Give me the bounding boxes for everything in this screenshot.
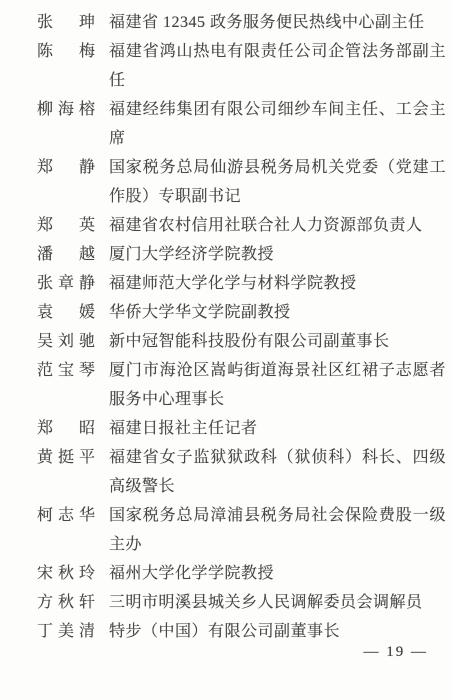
person-name: 郑 英 [37,211,103,240]
person-name: 宋秋玲 [37,559,103,588]
list-item: 郑 静 国家税务总局仙游县税务局机关党委（党建工作股）专职副书记 [0,153,452,211]
person-position: 福建经纬集团有限公司细纱车间主任、工会主席 [109,95,446,153]
person-position: 国家税务总局漳浦县税务局社会保险费股一级主办 [109,501,446,559]
person-name: 袁 媛 [37,298,103,327]
list-item: 范宝琴 厦门市海沧区嵩屿街道海景社区红裙子志愿者服务中心理事长 [0,356,452,414]
list-item: 潘 越 厦门大学经济学院教授 [0,240,452,269]
list-item: 柯志华 国家税务总局漳浦县税务局社会保险费股一级主办 [0,501,452,559]
document-page: 张 珅 福建省 12345 政务服务便民热线中心副主任 陈 梅 福建省鸿山热电有… [0,0,452,700]
person-position: 福建省鸿山热电有限责任公司企管法务部副主任 [109,37,446,95]
person-name: 黄挺平 [37,443,103,472]
person-position: 特步（中国）有限公司副董事长 [109,617,446,646]
list-item: 宋秋玲 福州大学化学学院教授 [0,559,452,588]
list-item: 吴刘驰 新中冠智能科技股份有限公司副董事长 [0,327,452,356]
list-item: 郑 英 福建省农村信用社联合社人力资源部负责人 [0,211,452,240]
list-item: 张 珅 福建省 12345 政务服务便民热线中心副主任 [0,8,452,37]
list-item: 袁 媛 华侨大学华文学院副教授 [0,298,452,327]
person-name: 郑 静 [37,153,103,182]
honor-roll-list: 张 珅 福建省 12345 政务服务便民热线中心副主任 陈 梅 福建省鸿山热电有… [0,8,452,646]
person-position: 厦门市海沧区嵩屿街道海景社区红裙子志愿者服务中心理事长 [109,356,446,414]
person-name: 张章静 [37,269,103,298]
list-item: 黄挺平 福建省女子监狱狱政科（狱侦科）科长、四级高级警长 [0,443,452,501]
person-name: 陈 梅 [37,37,103,66]
list-item: 张章静 福建师范大学化学与材料学院教授 [0,269,452,298]
person-name: 丁美清 [37,617,103,646]
person-name: 郑 昭 [37,414,103,443]
person-name: 吴刘驰 [37,327,103,356]
person-position: 福建省农村信用社联合社人力资源部负责人 [109,211,446,240]
person-position: 新中冠智能科技股份有限公司副董事长 [109,327,446,356]
person-position: 厦门大学经济学院教授 [109,240,446,269]
page-number: — 19 — [364,643,429,662]
person-position: 福建师范大学化学与材料学院教授 [109,269,446,298]
person-name: 范宝琴 [37,356,103,385]
list-item: 方秋轩 三明市明溪县城关乡人民调解委员会调解员 [0,588,452,617]
person-position: 福建省女子监狱狱政科（狱侦科）科长、四级高级警长 [109,443,446,501]
person-name: 潘 越 [37,240,103,269]
person-position: 福州大学化学学院教授 [109,559,446,588]
person-position: 三明市明溪县城关乡人民调解委员会调解员 [109,588,446,617]
list-item: 丁美清 特步（中国）有限公司副董事长 [0,617,452,646]
list-item: 柳海榕 福建经纬集团有限公司细纱车间主任、工会主席 [0,95,452,153]
person-name: 方秋轩 [37,588,103,617]
list-item: 陈 梅 福建省鸿山热电有限责任公司企管法务部副主任 [0,37,452,95]
person-name: 柯志华 [37,501,103,530]
person-position: 国家税务总局仙游县税务局机关党委（党建工作股）专职副书记 [109,153,446,211]
person-position: 福建日报社主任记者 [109,414,446,443]
person-name: 张 珅 [37,8,103,37]
person-position: 华侨大学华文学院副教授 [109,298,446,327]
person-position: 福建省 12345 政务服务便民热线中心副主任 [109,8,446,37]
list-item: 郑 昭 福建日报社主任记者 [0,414,452,443]
person-name: 柳海榕 [37,95,103,124]
